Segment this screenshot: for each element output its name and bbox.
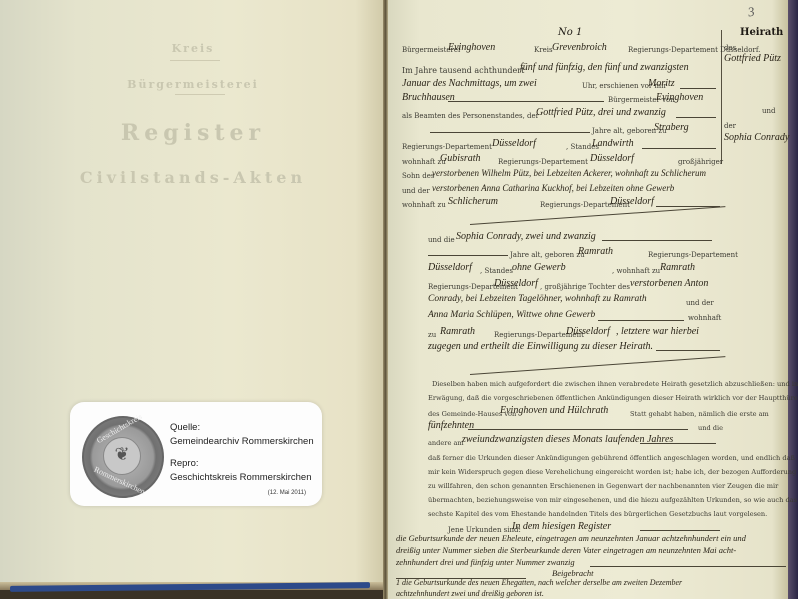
line-3-hand: Bruchhausen (402, 92, 455, 103)
line-16-printed: wohnhaft (688, 314, 721, 322)
line-3-hand2: Evinghoven (656, 92, 703, 103)
body-line-1: Dieselben haben mich aufgefordert die zw… (432, 380, 798, 388)
body-line-7: mir kein Widerspruch gegen diese Verehel… (428, 468, 796, 476)
line-14-printed2: , großjährige Tochter des (540, 283, 630, 291)
line-17-hand2: Düsseldorf (566, 326, 610, 337)
body-line-2: Erwägung, daß die vorgeschriebenen öffen… (428, 394, 798, 402)
fill-rule (642, 148, 716, 149)
fill-rule (640, 530, 720, 531)
faded-heading-buergermeisterei: Bürgermeisterei (0, 78, 386, 91)
urkunden-line-6: achtzehnhundert zwei und dreißig geboren… (396, 589, 544, 598)
line-17-hand3: , letztere war hierbei (616, 326, 699, 337)
line-13-printed2: , wohnhaft zu (612, 267, 660, 275)
line-17-printed: zu (428, 331, 436, 339)
line-13-hand2: ohne Gewerb (512, 262, 566, 273)
fill-rule (602, 240, 712, 241)
line-14-hand: Düsseldorf (494, 278, 538, 289)
record-number: No 1 (558, 27, 582, 38)
fill-rule (428, 255, 508, 256)
fill-rule (590, 566, 786, 567)
line-7-printed3: großjähriger (678, 158, 723, 166)
line-1-printed: Im Jahre tausend achthundert (402, 66, 524, 75)
margin-bride-prefix: der (724, 122, 736, 130)
body-line-8: zu willfahren, den schon genannten Ersch… (428, 482, 778, 490)
faded-heading-civilstand: Civilstands-Akten (0, 168, 386, 187)
faded-rule (175, 94, 225, 95)
line-12-printed: Jahre alt, geboren zu (510, 251, 585, 259)
line-13-hand: Düsseldorf (428, 262, 472, 273)
line-15-printed: und der (686, 299, 714, 307)
line-8-printed: Sohn des (402, 172, 434, 180)
urkunden-line-5: 1 die Geburtsurkunde des neuen Ehegatten… (396, 578, 682, 587)
right-book-edge (788, 0, 798, 599)
body-gemeindehaus-hand: Evinghoven und Hülchrath (500, 405, 608, 416)
regierung-label: Regierungs-Departement Düsseldorf. (628, 46, 760, 54)
line-9-printed: und der (402, 187, 430, 195)
line-1-hand: fünf und fünfzig, den fünf und zwanzigst… (520, 62, 689, 73)
faded-heading-register: Register (0, 120, 386, 146)
fill-rule (640, 443, 716, 444)
line-8-hand: verstorbenen Wilhelm Pütz, bei Lebzeiten… (432, 168, 706, 178)
line-16-hand: Anna Maria Schlüpen, Wittwe ohne Gewerb (428, 310, 595, 320)
seal-shield: ❦ (103, 437, 141, 475)
fill-rule (676, 117, 716, 118)
repro-label: Repro: (170, 458, 199, 469)
urkunden-first: In dem hiesigen Register (512, 521, 611, 532)
fill-rule (448, 101, 604, 102)
line-11-printed: und die (428, 236, 455, 244)
line-5-hand: Straberg (654, 122, 689, 133)
line-13-printed: , Standes (480, 267, 513, 275)
line-18-hand: zugegen und ertheilt die Einwilligung zu… (428, 341, 653, 352)
body-line-und-die: und die (698, 424, 723, 432)
geschichtskreis-seal: Geschichtskreis Rommerskirchen ❦ (82, 416, 164, 498)
body-line-6: daß ferner die Urkunden dieser Ankündigu… (428, 454, 795, 462)
line-10-hand2: Düsseldorf (610, 196, 654, 207)
line-14-hand2: verstorbenen Anton (630, 278, 708, 289)
line-4-printed: als Beamten des Personenstandes, der (402, 112, 539, 120)
quelle-label: Quelle: (170, 422, 200, 433)
body-line-10: sechste Kapitel des vom Ehestande handel… (428, 510, 767, 518)
body-line-9: übermachten, beziehungsweise von mir ein… (428, 496, 797, 504)
fill-rule (656, 350, 720, 351)
line-7-hand: Gubisrath (440, 153, 481, 164)
urkunden-beigebracht: Beigebracht (552, 568, 594, 578)
line-2-hand: Januar des Nachmittags, um zwei (402, 78, 537, 89)
urkunden-line-3: zehnhundert drei und fünfzig unter Numme… (396, 557, 575, 567)
quelle-value: Gemeindearchiv Rommerskirchen (170, 436, 314, 447)
line-6-hand: Düsseldorf (492, 138, 536, 149)
margin-bride-name: Sophia Conrady (724, 132, 789, 143)
fill-rule (430, 132, 590, 133)
margin-title-heirath: Heirath (740, 27, 783, 38)
repro-date: (12. Mai 2011) (268, 490, 306, 496)
source-attribution-card: Geschichtskreis Rommerskirchen ❦ Quelle:… (70, 402, 322, 506)
open-register-book: Kreis Bürgermeisterei Register Civilstan… (0, 0, 798, 599)
line-10-hand: Schlicherum (448, 196, 498, 207)
body-line-3b: Statt gehabt haben, nämlich die erste am (630, 410, 769, 418)
line-17-hand: Ramrath (440, 326, 475, 337)
urkunden-line-1: die Geburtsurkunde der neuen Eheleute, e… (396, 533, 746, 543)
fill-rule (598, 320, 684, 321)
kreis-label: Kreis (534, 46, 553, 54)
margin-groom-name: Gottfried Pütz (724, 53, 781, 64)
line-4-hand: Gottfried Pütz, drei und zwanzig (536, 107, 666, 118)
line-6-printed: Regierungs-Departement (402, 143, 492, 151)
body-line-andere: andere am (428, 439, 464, 447)
line-12-hand: Ramrath (578, 246, 613, 257)
buergermeisterei-value: Evinghoven (448, 42, 495, 53)
repro-value: Geschichtskreis Rommerskirchen (170, 472, 311, 483)
fill-rule (680, 88, 716, 89)
line-10-printed: wohnhaft zu (402, 201, 446, 209)
line-7-hand2: Düsseldorf (590, 153, 634, 164)
kreis-value: Grevenbroich (552, 42, 607, 53)
line-2-hand2: Moritz (648, 78, 675, 89)
urkunden-line-2: dreißig unter Nummer sieben die Sterbeur… (396, 545, 736, 555)
line-13-hand3: Ramrath (660, 262, 695, 273)
faded-rule (170, 60, 220, 61)
margin-und: und (762, 107, 776, 115)
fill-rule (468, 429, 688, 430)
eagle-icon: ❦ (104, 444, 140, 465)
line-15-hand: Conrady, bei Lebzeiten Tagelöhner, wohnh… (428, 294, 647, 304)
line-9-hand: verstorbenen Anna Catharina Kuckhof, bei… (432, 183, 674, 193)
line-6-hand2: Landwirth (592, 138, 634, 149)
line-11-hand: Sophia Conrady, zwei und zwanzig (456, 231, 596, 242)
faded-heading-kreis: Kreis (0, 42, 386, 55)
line-12-printed2: Regierungs-Departement (648, 251, 738, 259)
line-7-printed2: Regierungs-Departement (498, 158, 588, 166)
